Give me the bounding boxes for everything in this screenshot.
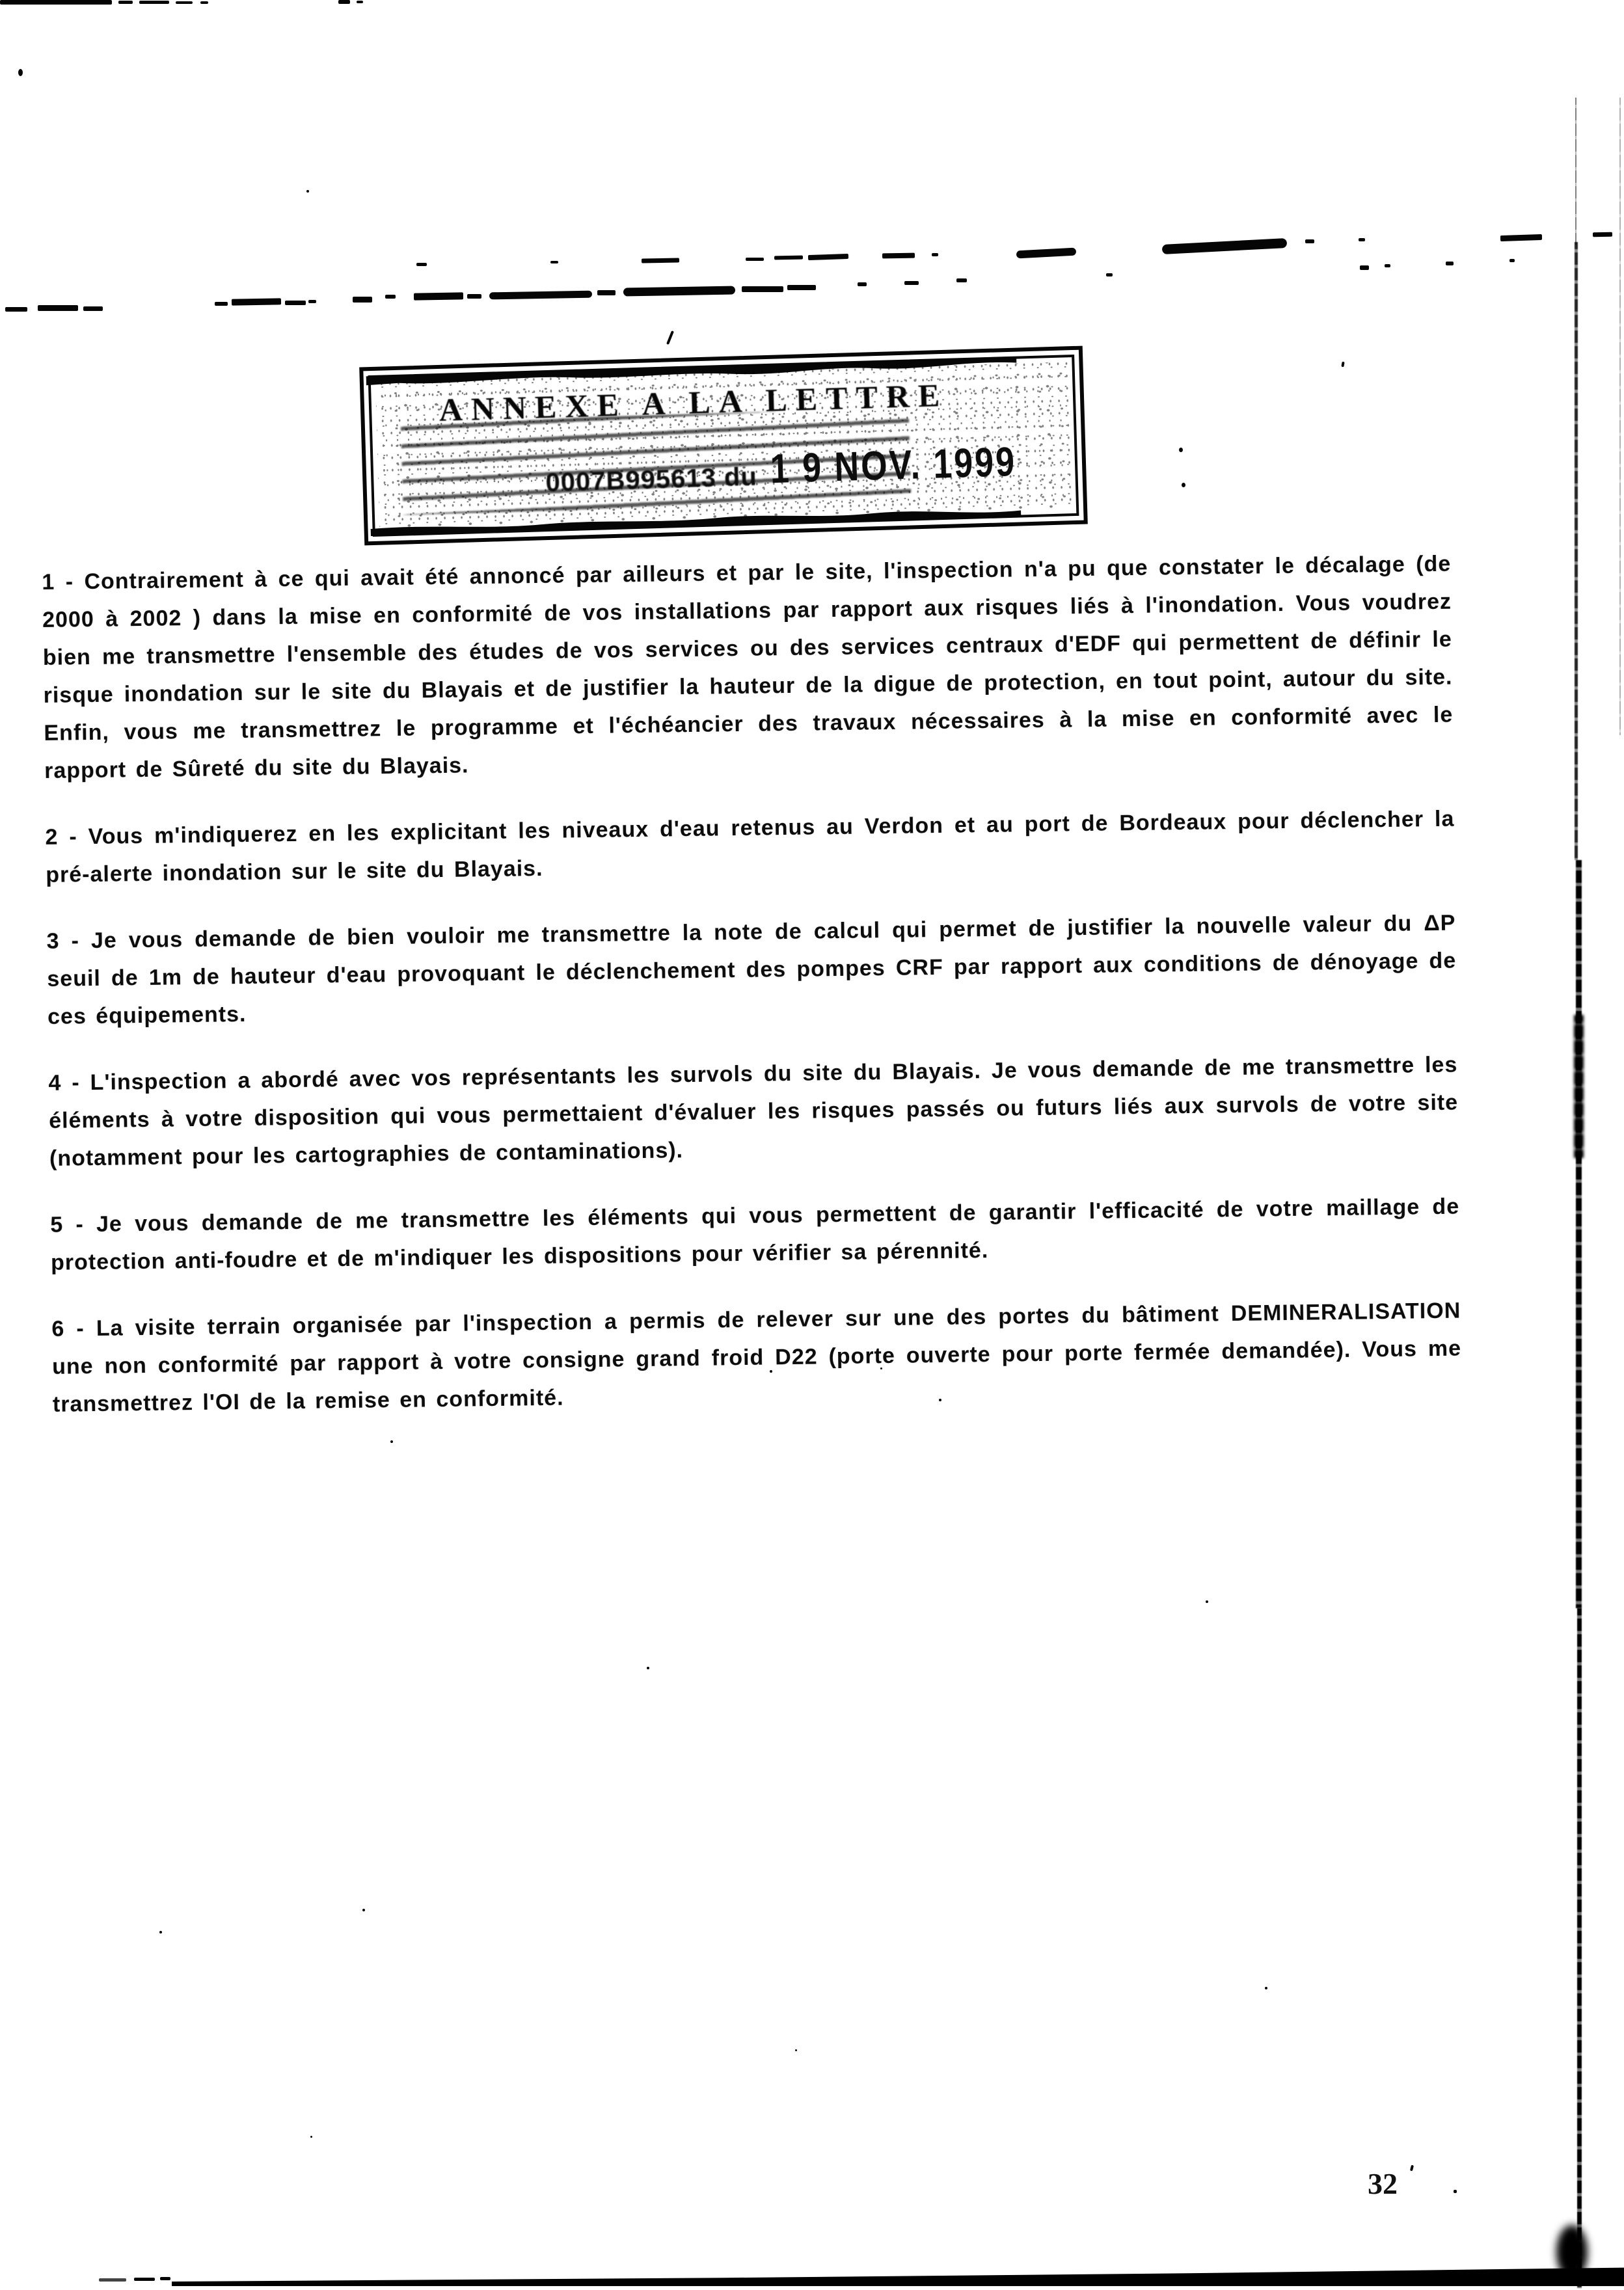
scan-line-vertical bbox=[1575, 98, 1577, 245]
scan-artifact bbox=[742, 286, 783, 292]
scan-artifact bbox=[1341, 362, 1344, 368]
scan-artifact bbox=[99, 2278, 126, 2282]
scan-line-vertical bbox=[1574, 1015, 1584, 1158]
letter-body: 1 - Contrairement à ce qui avait été ann… bbox=[42, 545, 1463, 1452]
scan-artifact bbox=[38, 305, 78, 311]
scan-artifact bbox=[666, 330, 674, 345]
scan-artifact bbox=[414, 292, 463, 300]
scan-artifact bbox=[232, 298, 281, 305]
page-number: 32 bbox=[1368, 2166, 1398, 2201]
scan-artifact bbox=[134, 2278, 155, 2281]
scan-artifact bbox=[858, 282, 867, 286]
paragraph-2: 2 - Vous m'indiquerez en les explicitant… bbox=[45, 800, 1455, 894]
scan-artifact bbox=[1179, 448, 1183, 452]
scan-artifact bbox=[1446, 262, 1454, 265]
scan-artifact bbox=[787, 285, 816, 290]
scan-artifact bbox=[159, 1931, 162, 1933]
scan-artifact bbox=[200, 1, 208, 4]
scan-artifact bbox=[1360, 265, 1369, 270]
scanned-letter-page: ANNEXE A LA LETTRE 0007B995613 du 1 9 NO… bbox=[0, 0, 1624, 2290]
scan-artifact bbox=[1385, 264, 1390, 267]
paragraph-6: 6 - La visite terrain organisée par l'in… bbox=[51, 1292, 1462, 1423]
scan-artifact bbox=[1182, 483, 1185, 487]
scan-artifact bbox=[83, 306, 103, 311]
paragraph-1: 1 - Contrairement à ce qui avait été ann… bbox=[42, 545, 1454, 790]
scan-artifact bbox=[139, 1, 169, 4]
scan-artifact bbox=[623, 286, 735, 297]
scan-bottom-bar bbox=[172, 2267, 1624, 2286]
paragraph-4: 4 - L'inspection a abordé avec vos repré… bbox=[48, 1046, 1459, 1178]
scan-artifact bbox=[642, 258, 679, 263]
stamp-date: 1 9 NOV. 1999 bbox=[770, 438, 1017, 492]
scan-artifact bbox=[357, 1, 363, 3]
scan-artifact bbox=[880, 1367, 882, 1369]
scan-artifact bbox=[0, 0, 112, 5]
scan-artifact bbox=[385, 295, 396, 299]
scan-artifact bbox=[956, 278, 967, 282]
scan-artifact bbox=[1206, 1600, 1208, 1603]
scan-artifact bbox=[1305, 239, 1314, 243]
scan-artifact bbox=[160, 2277, 170, 2280]
scan-artifact bbox=[390, 1440, 393, 1443]
scan-artifact bbox=[5, 307, 27, 312]
scan-artifact bbox=[1593, 232, 1612, 237]
scan-artifact bbox=[285, 301, 306, 305]
scan-artifact bbox=[746, 258, 764, 261]
scan-artifact bbox=[904, 281, 919, 285]
scan-artifact bbox=[932, 253, 938, 256]
scan-artifact bbox=[338, 0, 350, 4]
scan-artifact bbox=[18, 69, 23, 76]
scan-artifact bbox=[1162, 238, 1288, 254]
scan-artifact bbox=[795, 2049, 797, 2051]
scan-artifact bbox=[215, 302, 228, 306]
scan-artifact bbox=[362, 1909, 365, 1911]
scan-artifact bbox=[1410, 2165, 1414, 2172]
scan-line-vertical bbox=[1575, 242, 1578, 860]
scan-artifact bbox=[770, 1370, 772, 1373]
scan-artifact bbox=[310, 2136, 312, 2138]
scan-artifact bbox=[467, 294, 481, 299]
scan-artifact bbox=[939, 1399, 941, 1401]
scan-artifact bbox=[1509, 259, 1515, 262]
scan-artifact bbox=[176, 1, 193, 4]
scan-artifact bbox=[550, 261, 558, 263]
paragraph-3: 3 - Je vous demande de bien vouloir me t… bbox=[46, 904, 1457, 1036]
annexe-stamp: ANNEXE A LA LETTRE 0007B995613 du 1 9 NO… bbox=[359, 346, 1088, 546]
scan-artifact bbox=[308, 300, 316, 303]
scan-artifact bbox=[1500, 234, 1542, 241]
scan-artifact bbox=[597, 290, 616, 295]
stamp-reference-number: 0007B995613 du bbox=[545, 462, 757, 497]
scan-artifact bbox=[489, 291, 592, 300]
scan-line-vertical bbox=[1576, 860, 1582, 1608]
scan-artifact bbox=[1359, 238, 1365, 241]
scan-artifact bbox=[774, 256, 803, 260]
scan-artifact bbox=[808, 254, 848, 260]
scan-artifact bbox=[1454, 2190, 1457, 2193]
paragraph-5: 5 - Je vous demande de me transmettre le… bbox=[50, 1188, 1460, 1282]
scan-artifact bbox=[1265, 1987, 1267, 1989]
scan-artifact bbox=[882, 253, 915, 259]
scan-artifact bbox=[118, 1, 133, 4]
scan-artifact bbox=[647, 1667, 649, 1669]
scan-artifact bbox=[1106, 273, 1113, 276]
scan-artifact bbox=[353, 297, 372, 303]
scan-artifact bbox=[1016, 248, 1077, 259]
scan-line-vertical bbox=[1577, 1608, 1582, 2288]
scan-artifact bbox=[306, 190, 309, 193]
scan-artifact bbox=[416, 263, 427, 266]
scan-line-vertical bbox=[1619, 98, 1621, 735]
